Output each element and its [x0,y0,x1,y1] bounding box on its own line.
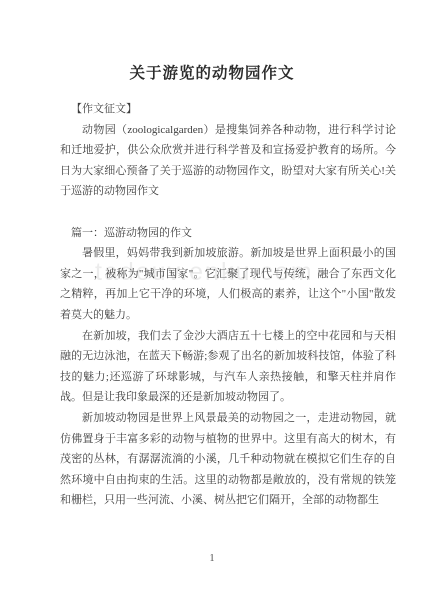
paragraph: 篇一：巡游动物园的作文 [60,223,396,244]
paragraph-container: 动物园（zoologicalgarden）是搜集饲养各种动物，进行科学讨论和迁地… [60,120,396,511]
paragraph: 在新加坡，我们去了金沙大酒店五十七楼上的空中花园和与天相融的无边泳池，在蓝天下畅… [60,326,396,408]
paragraph: 新加坡动物园是世界上风景最美的动物园之一，走进动物园，就仿佛置身于丰富多彩的动物… [60,408,396,511]
page-number: 1 [0,553,424,564]
paragraph: 暑假里，妈妈带我到新加坡旅游。新加坡是世界上面积最小的国家之一，被称为"城市国家… [60,243,396,325]
document-page: tadouv.enku.com 关于游览的动物园作文 【作文征文】 动物园（zo… [0,0,424,600]
paragraph: 动物园（zoologicalgarden）是搜集饲养各种动物，进行科学讨论和迁地… [60,120,396,202]
document-body: 【作文征文】 动物园（zoologicalgarden）是搜集饲养各种动物，进行… [60,99,396,511]
document-title: 关于游览的动物园作文 [0,0,424,83]
section-label: 【作文征文】 [60,99,396,120]
